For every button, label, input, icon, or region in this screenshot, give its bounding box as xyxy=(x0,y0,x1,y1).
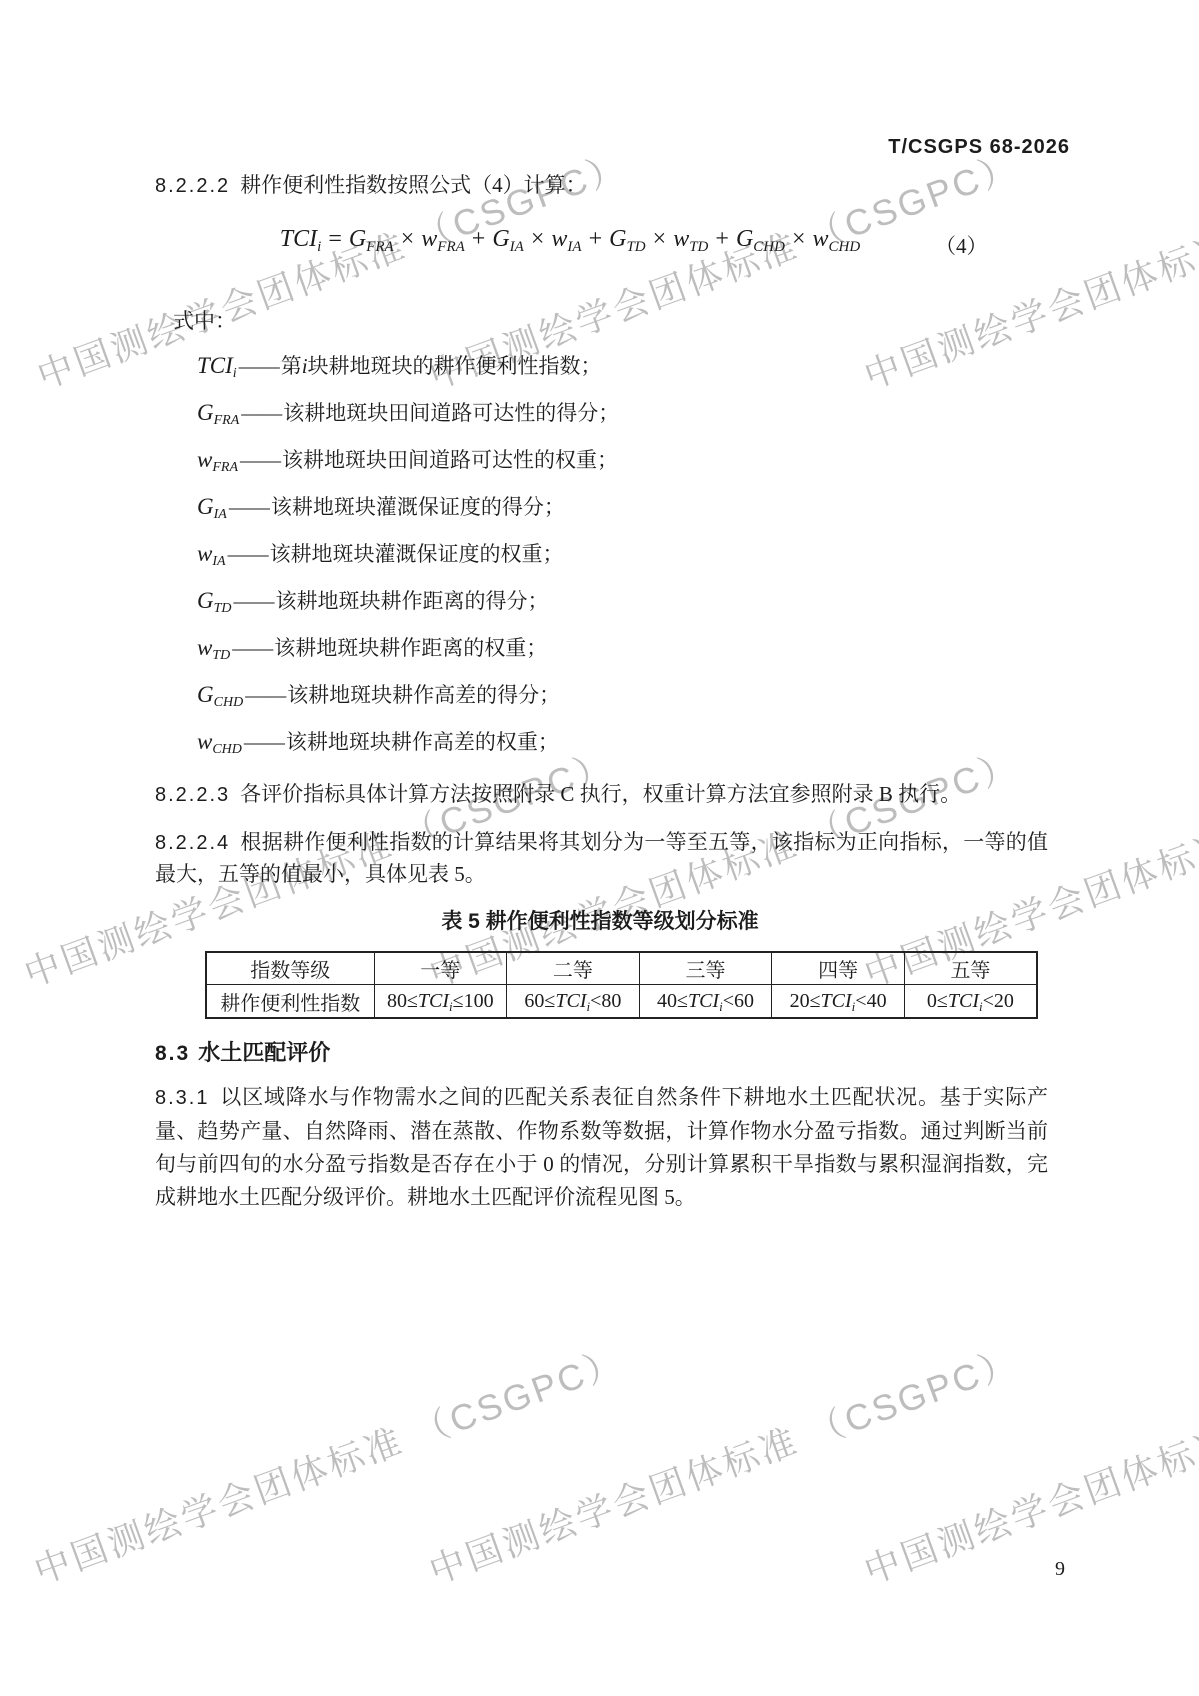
table-header-cell: 一等 xyxy=(374,952,507,985)
table-header-cell: 五等 xyxy=(904,952,1037,985)
definition-item: TCIi——第i块耕地斑块的耕作便利性指数； xyxy=(197,352,619,380)
where-label: 式中： xyxy=(173,308,236,334)
section-8222: 8.2.2.2耕作便利性指数按照公式（4）计算： xyxy=(155,172,587,199)
definition-item: GFRA——该耕地斑块田间道路可达性的得分； xyxy=(197,399,619,427)
section-number: 8.2.2.3 xyxy=(155,784,230,806)
watermark: 中国测绘学会团体标准 （CSGPC） xyxy=(421,1333,1025,1594)
section-83-heading: 8.3水土匹配评价 xyxy=(155,1036,330,1067)
table-header-cell: 四等 xyxy=(772,952,905,985)
watermark: 中国测绘学会团体标准 （CSGPC） xyxy=(26,1333,630,1594)
document-page: 中国测绘学会团体标准 （CSGPC） 中国测绘学会团体标准 （CSGPC） 中国… xyxy=(0,0,1199,1696)
formula-4: TCIi=GFRA×wFRA+GIA×wIA+GTD×wTD+GCHD×wCHD xyxy=(120,226,1020,253)
section-8224: 8.2.2.4根据耕作便利性指数的计算结果将其划分为一等至五等，该指标为正向指标… xyxy=(155,827,1048,890)
section-text: 耕作便利性指数按照公式（4）计算： xyxy=(240,173,587,197)
table-5: 指数等级 一等 二等 三等 四等 五等 耕作便利性指数 80≤TCIi≤100 … xyxy=(205,951,1038,1019)
table-5-title: 表 5 耕作便利性指数等级划分标准 xyxy=(155,905,1045,935)
definition-item: wIA——该耕地斑块灌溉保证度的权重； xyxy=(197,540,619,568)
document-code-header: T/CSGPS 68-2026 xyxy=(888,136,1070,159)
formula-number: （4） xyxy=(935,230,988,260)
definition-item: GCHD——该耕地斑块耕作高差的得分； xyxy=(197,681,619,709)
section-text: 各评价指标具体计算方法按照附录 C 执行，权重计算方法宜参照附录 B 执行。 xyxy=(240,782,961,806)
table-header-cell: 三等 xyxy=(639,952,772,985)
section-831: 8.3.1以区域降水与作物需水之间的匹配关系表征自然条件下耕地水土匹配状况。基于… xyxy=(155,1081,1048,1214)
table-cell: 40≤TCIi<60 xyxy=(639,985,772,1019)
formula-row: TCIi=GFRA×wFRA+GIA×wIA+GTD×wTD+GCHD×wCHD… xyxy=(120,226,1020,266)
section-number: 8.2.2.2 xyxy=(155,175,230,197)
section-number: 8.3 xyxy=(155,1042,190,1065)
table-header-row: 指数等级 一等 二等 三等 四等 五等 xyxy=(206,952,1037,985)
table-header-cell: 二等 xyxy=(507,952,640,985)
watermark: 中国测绘学会团体标准 （CSGPC） xyxy=(856,1333,1199,1594)
formula-lhs: TCI xyxy=(280,226,317,252)
table-cell: 60≤TCIi<80 xyxy=(507,985,640,1019)
definition-item: GTD——该耕地斑块耕作距离的得分； xyxy=(197,587,619,615)
section-title: 水土匹配评价 xyxy=(198,1040,330,1065)
table-row: 耕作便利性指数 80≤TCIi≤100 60≤TCIi<80 40≤TCIi<6… xyxy=(206,985,1037,1019)
section-text: 根据耕作便利性指数的计算结果将其划分为一等至五等，该指标为正向指标，一等的值最大… xyxy=(155,830,1048,886)
table-cell: 80≤TCIi≤100 xyxy=(374,985,507,1019)
symbol-definitions: TCIi——第i块耕地斑块的耕作便利性指数； GFRA——该耕地斑块田间道路可达… xyxy=(197,352,619,775)
definition-item: wFRA——该耕地斑块田间道路可达性的权重； xyxy=(197,446,619,474)
table-cell: 20≤TCIi<40 xyxy=(772,985,905,1019)
table-row-label: 耕作便利性指数 xyxy=(206,985,374,1019)
definition-item: GIA——该耕地斑块灌溉保证度的得分； xyxy=(197,493,619,521)
table-cell: 0≤TCIi<20 xyxy=(904,985,1037,1019)
section-text: 以区域降水与作物需水之间的匹配关系表征自然条件下耕地水土匹配状况。基于实际产量、… xyxy=(155,1085,1048,1209)
definition-item: wCHD——该耕地斑块耕作高差的权重； xyxy=(197,728,619,756)
section-8223: 8.2.2.3各评价指标具体计算方法按照附录 C 执行，权重计算方法宜参照附录 … xyxy=(155,781,961,808)
page-number: 9 xyxy=(1055,1558,1065,1581)
table-header-cell: 指数等级 xyxy=(206,952,374,985)
definition-item: wTD——该耕地斑块耕作距离的权重； xyxy=(197,634,619,662)
section-number: 8.3.1 xyxy=(155,1087,209,1109)
watermark: 中国测绘学会团体标准 （CSGPC） xyxy=(856,138,1199,399)
section-number: 8.2.2.4 xyxy=(155,832,230,854)
